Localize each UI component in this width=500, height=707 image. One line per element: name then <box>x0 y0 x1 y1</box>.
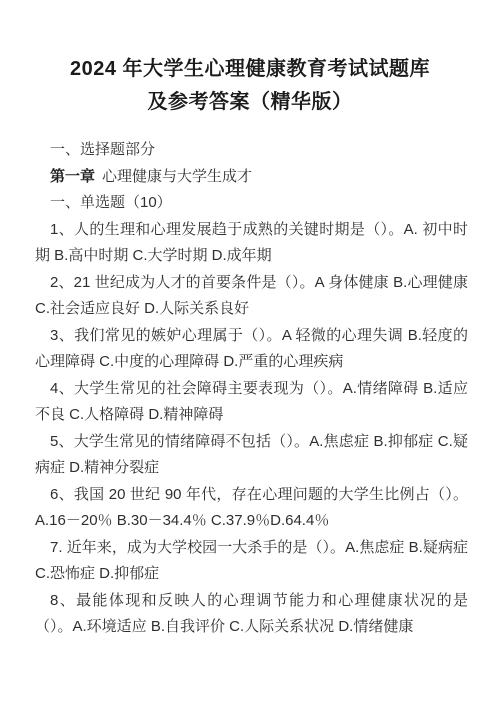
section-heading: 一、选择题部分 <box>35 137 468 164</box>
chapter-label: 第一章 <box>50 168 95 185</box>
question-paragraph-8: 8、最能体现和反映人的心理调节能力和心理健康状况的是（）。A.环境适应 B.自我… <box>35 588 468 641</box>
question-paragraph-6: 6、我国 20 世纪 90 年代，存在心理问题的大学生比例占（）。A.16－20… <box>35 482 468 535</box>
question-paragraph-7: 7. 近年来，成为大学校园一大杀手的是（）。A.焦虑症 B.疑病症 C.恐怖症 … <box>35 535 468 588</box>
chapter-heading: 第一章心理健康与大学生成才 <box>35 164 468 191</box>
question-paragraph-2: 2、21 世纪成为人才的首要条件是（）。A 身体健康 B.心理健康 C.社会适应… <box>35 270 468 323</box>
document-body: 一、选择题部分 第一章心理健康与大学生成才 一、单选题（10） 1、人的生理和心… <box>0 137 500 641</box>
question-paragraph-5: 5、大学生常见的情绪障碍不包括（）。A.焦虑症 B.抑郁症 C.疑病症 D.精神… <box>35 429 468 482</box>
question-paragraph-3: 3、我们常见的嫉妒心理属于（）。A 轻微的心理失调 B.轻度的心理障碍 C.中度… <box>35 323 468 376</box>
chapter-title: 心理健康与大学生成才 <box>102 168 252 185</box>
document-page: 2024 年大学生心理健康教育考试试题库 及参考答案（精华版） 一、选择题部分 … <box>0 0 500 707</box>
question-paragraph-1: 1、人的生理和心理发展趋于成熟的关键时期是（）。A. 初中时期 B.高中时期 C… <box>35 217 468 270</box>
document-title-line-1: 2024 年大学生心理健康教育考试试题库 <box>38 53 462 86</box>
question-paragraph-4: 4、大学生常见的社会障碍主要表现为（）。A.情绪障碍 B.适应不良 C.人格障碍… <box>35 376 468 429</box>
document-title-line-2: 及参考答案（精华版） <box>38 86 462 119</box>
subsection-heading: 一、单选题（10） <box>35 190 468 217</box>
document-title: 2024 年大学生心理健康教育考试试题库 及参考答案（精华版） <box>38 53 462 119</box>
